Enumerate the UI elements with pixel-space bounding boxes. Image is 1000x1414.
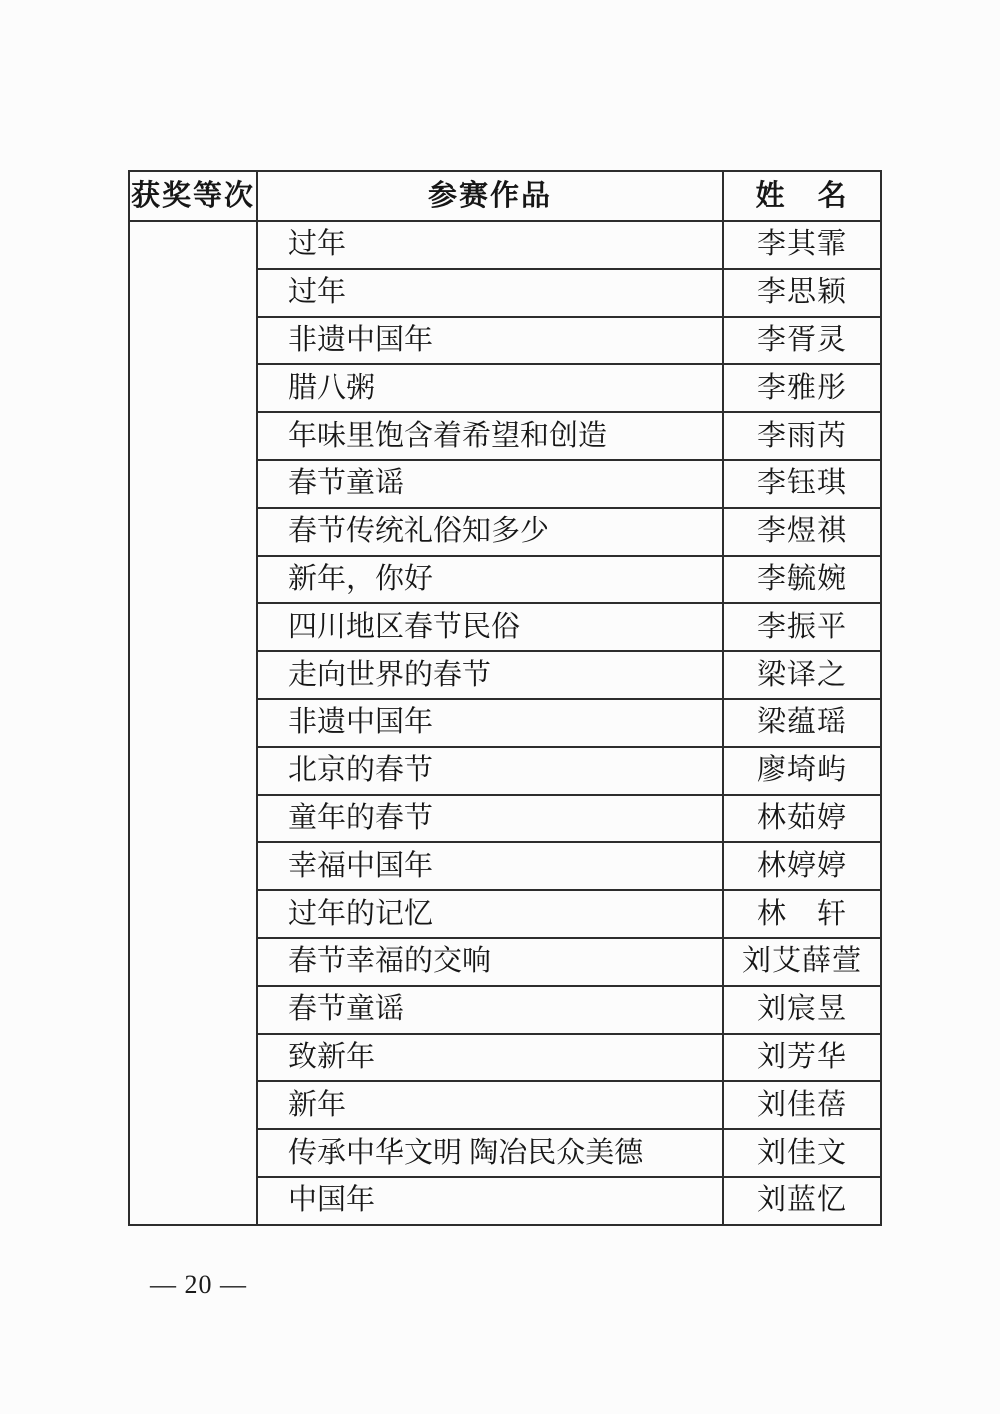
winner-name: 李胥灵 — [723, 317, 881, 365]
entry-work: 过年 — [257, 221, 723, 269]
winner-name: 刘蓝忆 — [723, 1177, 881, 1225]
entry-work: 春节童谣 — [257, 460, 723, 508]
entry-work: 过年 — [257, 269, 723, 317]
winner-name: 刘芳华 — [723, 1034, 881, 1082]
entry-work: 春节传统礼俗知多少 — [257, 508, 723, 556]
entry-work: 腊八粥 — [257, 364, 723, 412]
table-header-row: 获奖等次 参赛作品 姓 名 — [129, 171, 881, 221]
entry-work: 新年 — [257, 1081, 723, 1129]
winner-name: 林婷婷 — [723, 842, 881, 890]
winner-name: 李雅彤 — [723, 364, 881, 412]
winner-name: 刘佳文 — [723, 1129, 881, 1177]
award-level-cell — [129, 221, 257, 1225]
entry-work: 中国年 — [257, 1177, 723, 1225]
winner-name: 刘宸昱 — [723, 986, 881, 1034]
header-award-level: 获奖等次 — [129, 171, 257, 221]
entry-work: 童年的春节 — [257, 795, 723, 843]
winner-name: 李毓婉 — [723, 556, 881, 604]
winner-name: 林 轩 — [723, 890, 881, 938]
winner-name: 梁译之 — [723, 651, 881, 699]
entry-work: 四川地区春节民俗 — [257, 603, 723, 651]
entry-work: 北京的春节 — [257, 747, 723, 795]
entry-work: 非遗中国年 — [257, 699, 723, 747]
page-number: — 20 — — [150, 1270, 247, 1300]
winner-name: 李雨芮 — [723, 412, 881, 460]
winner-name: 林茹婷 — [723, 795, 881, 843]
entry-work: 过年的记忆 — [257, 890, 723, 938]
awards-table: 获奖等次 参赛作品 姓 名 过年李其霏过年李思颖非遗中国年李胥灵腊八粥李雅彤年味… — [128, 170, 882, 1226]
entry-work: 春节幸福的交响 — [257, 938, 723, 986]
header-name: 姓 名 — [723, 171, 881, 221]
winner-name: 刘佳蓓 — [723, 1081, 881, 1129]
entry-work: 新年，你好 — [257, 556, 723, 604]
entry-work: 幸福中国年 — [257, 842, 723, 890]
entry-work: 传承中华文明 陶冶民众美德 — [257, 1129, 723, 1177]
winner-name: 李煜祺 — [723, 508, 881, 556]
entry-work: 致新年 — [257, 1034, 723, 1082]
document-page: 获奖等次 参赛作品 姓 名 过年李其霏过年李思颖非遗中国年李胥灵腊八粥李雅彤年味… — [0, 0, 1000, 1414]
winner-name: 梁蕴瑶 — [723, 699, 881, 747]
entry-work: 年味里饱含着希望和创造 — [257, 412, 723, 460]
winner-name: 李钰琪 — [723, 460, 881, 508]
entry-work: 春节童谣 — [257, 986, 723, 1034]
entry-work: 非遗中国年 — [257, 317, 723, 365]
winner-name: 廖埼屿 — [723, 747, 881, 795]
table-row: 过年李其霏 — [129, 221, 881, 269]
winner-name: 刘艾薛萱 — [723, 938, 881, 986]
header-entry-work: 参赛作品 — [257, 171, 723, 221]
entry-work: 走向世界的春节 — [257, 651, 723, 699]
winner-name: 李振平 — [723, 603, 881, 651]
winner-name: 李其霏 — [723, 221, 881, 269]
winner-name: 李思颖 — [723, 269, 881, 317]
